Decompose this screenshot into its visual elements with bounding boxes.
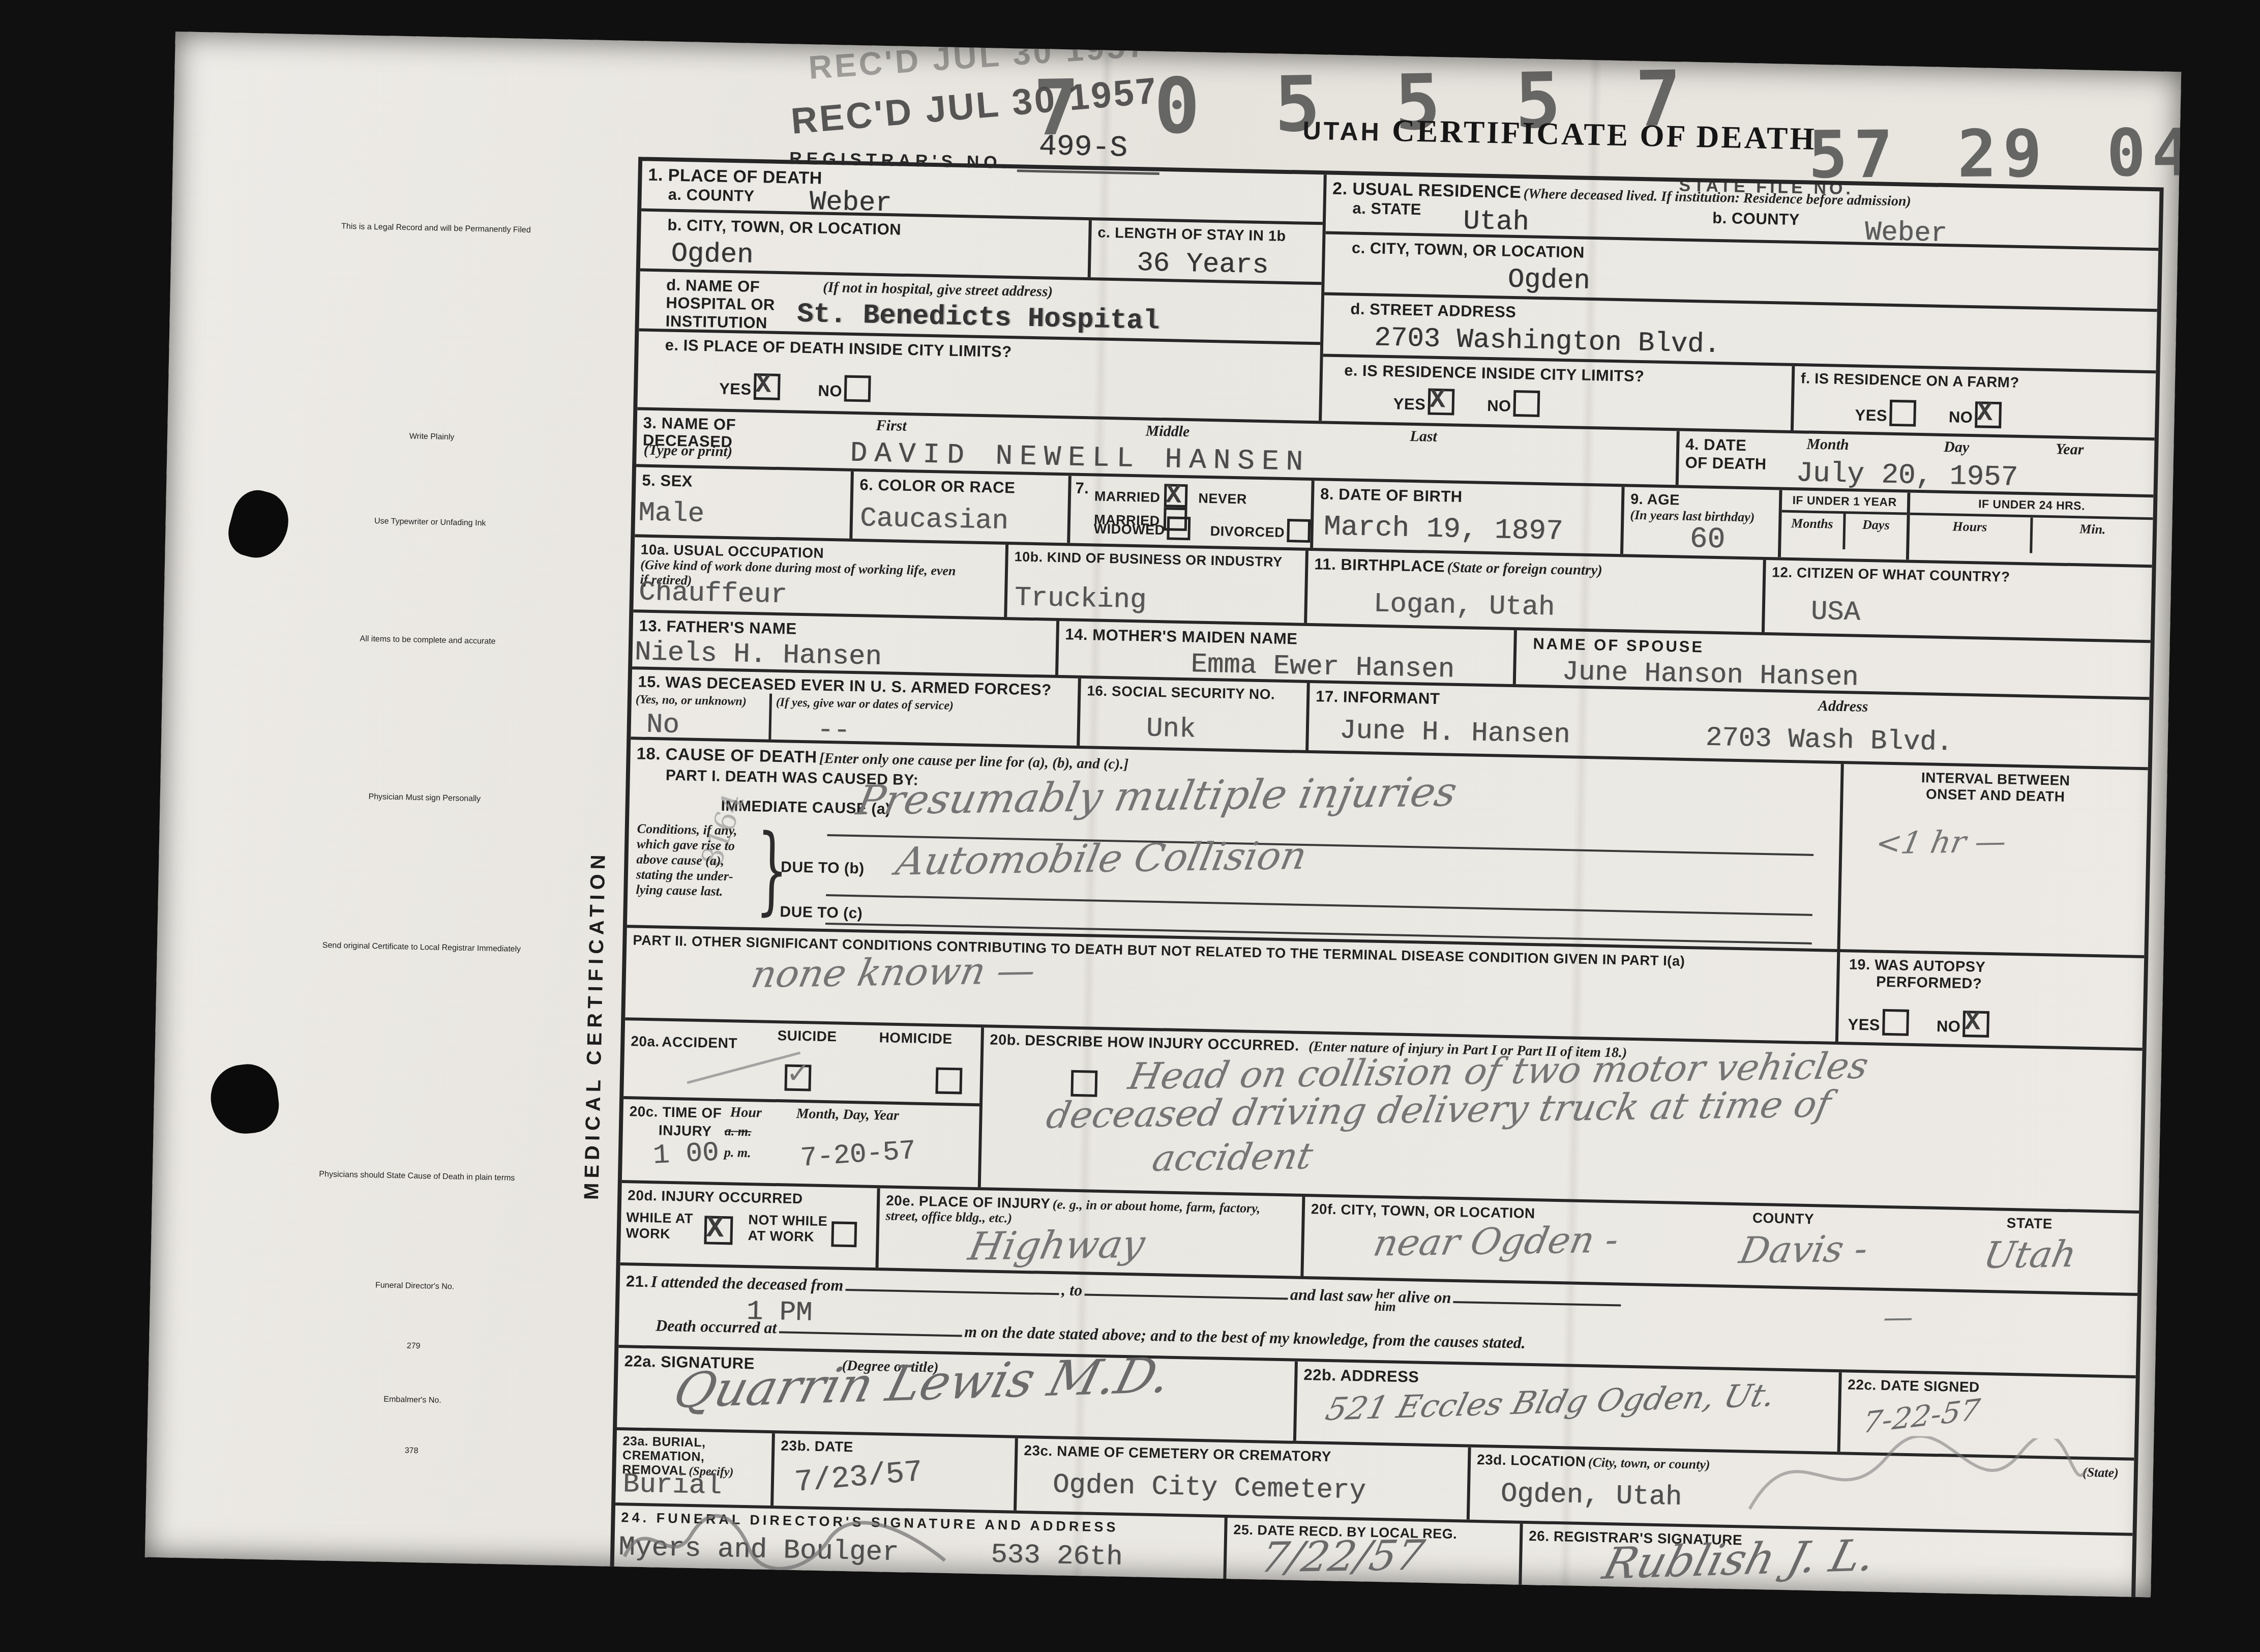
- hour-value: 1 00: [652, 1138, 719, 1172]
- place-city-cell: b. CITY, TOWN, OR LOCATION Ogden: [640, 211, 1092, 277]
- address-label: 22b. ADDRESS: [1303, 1366, 1419, 1386]
- residence-city-value: Ogden: [1507, 264, 1590, 297]
- autopsy-cell: 19. WAS AUTOPSY PERFORMED? YES NO X: [1838, 952, 2144, 1048]
- place-limits-no-checkbox: [844, 375, 871, 402]
- dob-value: March 19, 1897: [1323, 511, 1563, 548]
- autopsy-answer: YES NO X: [1848, 1008, 1989, 1038]
- forces-answer: No: [646, 710, 679, 741]
- place-limits-cell: e. IS PLACE OF DEATH INSIDE CITY LIMITS?…: [637, 331, 1320, 421]
- day-label: Day: [1944, 438, 1970, 456]
- forces-answer-cell: (Yes, no, or unknown) No: [631, 691, 772, 741]
- birthplace-note: (State or foreign country): [1447, 559, 1602, 578]
- sex-label: 5. SEX: [642, 471, 693, 490]
- part2-handwriting: none known —: [748, 949, 1039, 996]
- under-24-hrs-cell: IF UNDER 24 HRS. Hours Min.: [1909, 493, 2154, 565]
- residence-title-note: (Where deceased lived. If institution: R…: [1523, 186, 1911, 209]
- race-value: Caucasian: [859, 503, 1008, 537]
- yes-label: YES: [1855, 406, 1887, 424]
- due-to-b-label: DUE TO (b): [781, 859, 865, 877]
- residence-state-value: Utah: [1463, 206, 1529, 239]
- describe-injury-label: 20b. DESCRIBE HOW INJURY OCCURRED.: [990, 1032, 1299, 1054]
- checkbox-x-mark: X: [1964, 1007, 1980, 1038]
- under-24-hrs-subcolumns: Hours Min.: [1909, 515, 2153, 556]
- interval-cell: INTERVAL BETWEEN ONSET AND DEATH <1 hr —: [1840, 764, 2148, 955]
- embalmers-no-value: 378: [218, 1442, 605, 1459]
- not-while-at-work-option: NOT WHILEAT WORK: [748, 1212, 857, 1247]
- usual-residence-section: 2. USUAL RESIDENCE (Where deceased lived…: [1322, 174, 2159, 437]
- marital-number: 7.: [1075, 479, 1089, 498]
- place-title: 1. PLACE OF DEATH: [648, 165, 822, 188]
- date-of-death-cell: 4. DATE OF DEATH Month Day Year July 20,…: [1679, 431, 2155, 495]
- forces-note1: (Yes, no, or unknown): [636, 693, 747, 708]
- cemetery-value: Ogden City Cemetery: [1052, 1469, 1366, 1507]
- hole-punch: [223, 485, 295, 565]
- injury-left-column: 20a. ACCIDENT SUICIDE HOMICIDE ✓ 20c. TI…: [622, 1020, 984, 1187]
- conditions-line: which gave rise to: [637, 837, 761, 854]
- father-cell: 13. FATHER'S NAME Niels H. Hansen: [632, 612, 1059, 675]
- due-to-c-label: DUE TO (c): [780, 903, 863, 922]
- him-label: him: [1375, 1301, 1396, 1314]
- citizen-label: 12. CITIZEN OF WHAT COUNTRY?: [1772, 564, 2010, 584]
- cause-title: 18. CAUSE OF DEATH: [636, 744, 817, 766]
- immediate-cause-handwriting: Presumably multiple injuries: [853, 768, 1461, 824]
- residence-state-label: a. STATE: [1352, 199, 1421, 219]
- burial-location-cell: 23d. LOCATION (City, town, or county) (S…: [1470, 1448, 2134, 1533]
- due-to-b-line: [826, 894, 1812, 916]
- informant-value: June H. Hansen: [1339, 715, 1570, 751]
- registrar-signature-flourish: [1734, 1432, 2092, 1531]
- first-label: First: [876, 417, 907, 435]
- place-city-value: Ogden: [671, 238, 754, 271]
- time-of-injury-label: 20c. TIME OF: [629, 1103, 722, 1121]
- autopsy-yes-checkbox: [1882, 1009, 1909, 1036]
- place-stay-label: c. LENGTH OF STAY IN 1b: [1097, 224, 1286, 244]
- am-label-struck: a. m.: [725, 1124, 752, 1139]
- married-label: MARRIED: [1094, 488, 1161, 505]
- injury-city-handwriting: near Ogden -: [1370, 1218, 1623, 1264]
- date-received-handwriting: 7/22/57: [1257, 1531, 1428, 1582]
- hours-label: Hours: [1909, 515, 2033, 553]
- attended-text2: , to: [1061, 1280, 1083, 1299]
- place-of-death-section: 1. PLACE OF DEATH a. COUNTY Weber b. CIT…: [637, 161, 1326, 421]
- embalmers-no-label: Embalmer's No.: [219, 1392, 606, 1408]
- registrar-signature-cell: 26. REGISTRAR'S SIGNATURE Rublish J. L.: [1522, 1524, 2132, 1598]
- ssn-value: Unk: [1146, 714, 1196, 746]
- dod-value: July 20, 1957: [1796, 457, 2018, 494]
- place-city-label: b. CITY, TOWN, OR LOCATION: [667, 216, 901, 238]
- widowed-checkbox: [1167, 516, 1191, 540]
- yes-label: YES: [1393, 395, 1425, 413]
- injury-location-cell: 20f. CITY, TOWN, OR LOCATION COUNTY STAT…: [1303, 1197, 2139, 1293]
- medical-certification-vertical-label: MEDICAL CERTIFICATION: [580, 773, 612, 1200]
- date-signed-label: 22c. DATE SIGNED: [1848, 1377, 1980, 1395]
- conditions-line: Conditions, if any,: [637, 821, 761, 839]
- pm-label: p. m.: [724, 1145, 751, 1161]
- physician-signature-cell: 22a. SIGNATURE (Degree or title) Quarrin…: [617, 1348, 1298, 1441]
- accident-suicide-homicide-cell: 20a. ACCIDENT SUICIDE HOMICIDE ✓: [623, 1020, 981, 1106]
- residence-title: 2. USUAL RESIDENCE: [1332, 179, 1522, 202]
- place-limits-label: e. IS PLACE OF DEATH INSIDE CITY LIMITS?: [665, 336, 1012, 361]
- race-label: 6. COLOR OR RACE: [859, 476, 1016, 496]
- row-injury-20abc: 20a. ACCIDENT SUICIDE HOMICIDE ✓ 20c. TI…: [622, 1020, 2143, 1214]
- title-main: CERTIFICATE OF DEATH: [1391, 113, 1817, 157]
- injury-state-handwriting: Utah: [1980, 1232, 2080, 1276]
- suicide-checkbox: [935, 1067, 962, 1094]
- no-label: NO: [1949, 408, 1973, 426]
- place-limits-answer: YES X NO: [719, 372, 871, 402]
- forces-war-answer: --: [817, 715, 850, 747]
- burial-location-note: (City, town, or county): [1588, 1455, 1710, 1472]
- attended-blank2: [1084, 1288, 1288, 1300]
- while-at-work-option: WHILE ATWORK X: [626, 1209, 733, 1245]
- her-him-stack: her him: [1375, 1288, 1396, 1313]
- attended-blank3: [1453, 1296, 1621, 1307]
- time-of-injury-cell: 20c. TIME OF Hour Month, Day, Year INJUR…: [622, 1099, 979, 1187]
- funeral-director-address: 533 26th: [991, 1540, 1123, 1573]
- place-stay-cell: c. LENGTH OF STAY IN 1b 36 Years: [1091, 220, 1323, 282]
- while-at-work-line2: WORK: [626, 1225, 670, 1242]
- injury-occurred-label: 20d. INJURY OCCURRED: [628, 1187, 803, 1206]
- attended-number: 21.: [626, 1272, 649, 1290]
- race-cell: 6. COLOR OR RACE Caucasian: [852, 471, 1072, 543]
- age-label: 9. AGE: [1630, 491, 1680, 509]
- margin-physician-sign: Physician Must sign Personally: [231, 790, 618, 807]
- attended-text1: I attended the deceased from: [651, 1272, 844, 1294]
- place-of-injury-cell: 20e. PLACE OF INJURY (e. g., in or about…: [879, 1188, 1305, 1276]
- sex-cell: 5. SEX Male: [635, 467, 854, 539]
- injury-county-handwriting: Davis -: [1736, 1227, 1872, 1272]
- birthplace-cell: 11. BIRTHPLACE (State or foreign country…: [1307, 551, 1766, 632]
- not-while-at-work-label: NOT WHILEAT WORK: [748, 1212, 829, 1245]
- checkbox-x-mark: X: [755, 370, 771, 400]
- yes-label: YES: [719, 379, 752, 398]
- residence-limits-answer: YES X NO: [1393, 388, 1540, 417]
- residence-farm-label: f. IS RESIDENCE ON A FARM?: [1801, 370, 2019, 391]
- no-label: NO: [1937, 1017, 1961, 1036]
- pencil-stroke: [687, 1051, 801, 1084]
- residence-city-label: c. CITY, TOWN, OR LOCATION: [1352, 239, 1585, 261]
- conditions-line: lying cause last.: [636, 882, 760, 900]
- industry-value: Trucking: [1014, 582, 1146, 616]
- not-while-line2: AT WORK: [748, 1228, 814, 1245]
- while-at-work-line1: WHILE AT: [626, 1209, 693, 1226]
- residence-street-label: d. STREET ADDRESS: [1350, 300, 1516, 321]
- under-1-year-subcolumns: Months Days: [1781, 513, 1907, 551]
- months-label: Months: [1781, 513, 1846, 550]
- armed-forces-cell: 15. WAS DECEASED EVER IN U. S. ARMED FOR…: [631, 669, 1081, 746]
- informant-label: 17. INFORMANT: [1316, 687, 1440, 707]
- place-limits-yes-checkbox: X: [754, 373, 781, 400]
- funeral-director-cell: 24. FUNERAL DIRECTOR'S SIGNATURE AND ADD…: [614, 1506, 1227, 1583]
- min-label: Min.: [2032, 517, 2153, 555]
- cemetery-label: 23c. NAME OF CEMETERY OR CREMATORY: [1024, 1442, 1331, 1464]
- informant-address-value: 2703 Wash Blvd.: [1705, 723, 1953, 759]
- injury-city-label: 20f. CITY, TOWN, OR LOCATION: [1311, 1201, 1535, 1221]
- checkbox-x-mark: X: [706, 1212, 724, 1246]
- burial-location-value: Ogden, Utah: [1500, 1479, 1682, 1513]
- place-hospital-label: d. NAME OF HOSPITAL OR INSTITUTION: [665, 276, 798, 333]
- under-1-year-label: IF UNDER 1 YEAR: [1782, 490, 1908, 515]
- last-label: Last: [1410, 428, 1437, 446]
- date-received-cell: 25. DATE RECD. BY LOCAL REG. 7/22/57: [1226, 1518, 1523, 1589]
- month-label: Month: [1806, 436, 1849, 454]
- mdy-value: 7-20-57: [799, 1136, 916, 1174]
- father-label: 13. FATHER'S NAME: [639, 617, 796, 638]
- not-while-at-work-checkbox: [831, 1221, 857, 1247]
- funeral-directors-no-value: 279: [220, 1338, 607, 1354]
- mother-label: 14. MOTHER'S MAIDEN NAME: [1065, 625, 1297, 647]
- industry-label: 10b. KIND OF BUSINESS OR INDUSTRY: [1014, 549, 1283, 570]
- checkbox-x-mark: X: [1976, 398, 1993, 428]
- margin-write-plainly: Write Plainly: [239, 429, 625, 446]
- residence-farm-no-checkbox: X: [1975, 401, 2002, 428]
- conditions-line: stating the under-: [636, 867, 761, 885]
- injury-occurred-cell: 20d. INJURY OCCURRED WHILE ATWORK X NOT …: [620, 1183, 880, 1267]
- margin-send-original: Send original Certificate to Local Regis…: [228, 939, 615, 956]
- industry-cell: 10b. KIND OF BUSINESS OR INDUSTRY Trucki…: [1007, 545, 1309, 623]
- death-time-typed: 1 PM: [746, 1296, 813, 1329]
- under-1-year-cell: IF UNDER 1 YEAR Months Days: [1781, 490, 1911, 560]
- title-state: UTAH: [1302, 116, 1382, 146]
- not-while-line1: NOT WHILE: [748, 1212, 828, 1229]
- occupation-cell: 10a. USUAL OCCUPATION (Give kind of work…: [633, 537, 1008, 617]
- burial-label: 23a. BURIAL, CREMATION,: [622, 1434, 766, 1465]
- no-label: NO: [818, 381, 842, 400]
- forces-war-cell: (If yes, give war or dates of service) -…: [771, 694, 1078, 747]
- residence-limits-cell: e. IS RESIDENCE INSIDE CITY LIMITS? YES …: [1322, 357, 1795, 430]
- registrar-signature-handwriting: Rublish J. L.: [1598, 1530, 1881, 1589]
- burial-date-value: 7/23/57: [793, 1455, 924, 1500]
- attended-text4: alive on: [1398, 1287, 1451, 1307]
- middle-label: Middle: [1145, 422, 1190, 440]
- attended-blank1: [846, 1284, 1059, 1295]
- funeral-director-signature-scribble: [614, 1511, 981, 1579]
- accident-label: ACCIDENT: [662, 1034, 737, 1051]
- citizen-cell: 12. CITIZEN OF WHAT COUNTRY? USA: [1765, 560, 2152, 640]
- dob-label: 8. DATE OF BIRTH: [1320, 485, 1463, 506]
- spouse-label: NAME OF SPOUSE: [1533, 635, 1704, 656]
- suicide-label: SUICIDE: [777, 1027, 837, 1045]
- place-stay-value: 36 Years: [1137, 248, 1269, 281]
- homicide-label: HOMICIDE: [879, 1029, 953, 1047]
- checkbox-x-mark: X: [1166, 480, 1182, 511]
- ssn-label: 16. SOCIAL SECURITY NO.: [1087, 683, 1275, 702]
- residence-limits-yes-checkbox: X: [1428, 388, 1454, 415]
- birthplace-label: 11. BIRTHPLACE: [1314, 555, 1445, 575]
- funeral-directors-no-label: Funeral Director's No.: [221, 1278, 608, 1294]
- hole-punch: [207, 1061, 282, 1138]
- days-label: Days: [1845, 514, 1907, 550]
- hour-label: Hour: [730, 1104, 762, 1121]
- margin-use-typewriter: Use Typewriter or Unfading Ink: [237, 514, 623, 531]
- divorced-label: DIVORCED: [1210, 523, 1285, 540]
- residence-farm-yes-checkbox: [1889, 400, 1916, 427]
- father-value: Niels H. Hansen: [634, 637, 882, 673]
- margin-legal-record: This is a Legal Record and will be Perma…: [243, 220, 629, 237]
- cause-title-note: [Enter only one cause per line for (a), …: [819, 750, 1129, 773]
- marital-cell: 7. MARRIED X NEVER MARRIED WIDOWED DIVOR…: [1070, 476, 1315, 548]
- alive-on-dash: —: [1880, 1300, 1917, 1335]
- place-of-injury-handwriting: Highway: [965, 1221, 1149, 1269]
- death-certificate-scan: REC'D JUL 30 1957 REC'D JUL 30 1957 7 0 …: [145, 32, 2181, 1598]
- age-value: 60: [1689, 523, 1726, 556]
- married-checkbox: X: [1164, 484, 1188, 508]
- mother-value: Emma Ewer Hansen: [1191, 649, 1455, 685]
- mother-cell: 14. MOTHER'S MAIDEN NAME Emma Ewer Hanse…: [1058, 621, 1517, 684]
- occupation-value: Chauffeur: [638, 577, 787, 611]
- ssn-cell: 16. SOCIAL SECURITY NO. Unk: [1080, 678, 1310, 750]
- residence-street-value: 2703 Washington Blvd.: [1374, 323, 1721, 361]
- registrar-no-value: 499-S: [1038, 130, 1127, 165]
- place-county-label: a. COUNTY: [668, 186, 755, 205]
- accident-checkbox: ✓: [785, 1064, 812, 1091]
- due-to-b-handwriting: Automobile Collision: [893, 833, 1311, 883]
- birthplace-value: Logan, Utah: [1373, 589, 1555, 624]
- dob-cell: 8. DATE OF BIRTH March 19, 1897: [1313, 481, 1625, 554]
- citizen-value: USA: [1810, 597, 1860, 629]
- cemetery-cell: 23c. NAME OF CEMETERY OR CREMATORY Ogden…: [1017, 1438, 1471, 1520]
- widowed-label: WIDOWED: [1093, 521, 1165, 538]
- injury-county-label: COUNTY: [1752, 1210, 1814, 1227]
- burial-date-cell: 23b. DATE 7/23/57: [774, 1433, 1018, 1511]
- cause-of-death-cell: 18. CAUSE OF DEATH [Enter only one cause…: [627, 740, 1844, 949]
- attended-text3: and last saw: [1290, 1285, 1373, 1305]
- age-cell: 9. AGE (In years last birthday) 60: [1623, 487, 1782, 557]
- margin-plain-terms: Physicians should State Cause of Death i…: [224, 1168, 610, 1185]
- month-day-year-label: Month, Day, Year: [796, 1106, 899, 1124]
- time-of-injury-label2: INJURY: [659, 1123, 712, 1140]
- place-hospital-note: (If not in hospital, give street address…: [823, 279, 1053, 300]
- residence-limits-no-checkbox: [1513, 390, 1540, 417]
- deceased-title-note: (Type or print): [643, 442, 732, 460]
- describe-injury-cell: 20b. DESCRIBE HOW INJURY OCCURRED. (Ente…: [981, 1027, 2143, 1211]
- yes-label: YES: [1848, 1015, 1880, 1034]
- row-cause-of-death: 18. CAUSE OF DEATH [Enter only one cause…: [627, 740, 2148, 958]
- checkbox-check-mark: ✓: [786, 1057, 811, 1090]
- interval-handwriting: <1 hr —: [1872, 824, 2010, 861]
- year-label: Year: [2056, 440, 2084, 458]
- conditions-note: Conditions, if any, which gave rise to a…: [636, 821, 761, 900]
- form-title: UTAH CERTIFICATE OF DEATH: [1302, 111, 1817, 158]
- residence-county-label: b. COUNTY: [1712, 209, 1800, 229]
- while-at-work-checkbox: X: [704, 1216, 733, 1245]
- checkbox-x-mark: X: [1429, 385, 1445, 415]
- burial-location-label: 23d. LOCATION: [1477, 1452, 1586, 1469]
- widowed-row: WIDOWED DIVORCED: [1093, 515, 1311, 543]
- injury-state-label: STATE: [2006, 1215, 2053, 1232]
- informant-address-label: Address: [1818, 697, 1868, 716]
- injury-description-line3: accident: [1149, 1135, 1316, 1179]
- burial-value: Burial: [622, 1469, 722, 1502]
- residence-farm-cell: f. IS RESIDENCE ON A FARM? YES NO X: [1794, 366, 2156, 437]
- death-occurred-text2: m on the date stated above; and to the b…: [964, 1322, 1526, 1351]
- burial-date-label: 23b. DATE: [781, 1437, 853, 1455]
- while-at-work-label: WHILE ATWORK: [626, 1209, 702, 1243]
- conditions-line: above cause (a),: [636, 852, 761, 870]
- burial-type-cell: 23a. BURIAL, CREMATION, REMOVAL (Specify…: [615, 1430, 775, 1506]
- residence-limits-label: e. IS RESIDENCE INSIDE CITY LIMITS?: [1344, 361, 1645, 385]
- residence-farm-answer: YES NO X: [1855, 399, 2002, 428]
- forces-note2: (If yes, give war or dates of service): [776, 696, 954, 713]
- dod-label: 4. DATE OF DEATH: [1685, 435, 1772, 474]
- divorced-checkbox: [1287, 519, 1311, 543]
- autopsy-no-checkbox: X: [1962, 1011, 1989, 1038]
- date-signed-handwriting: 7-22-57: [1861, 1392, 1982, 1440]
- sex-value: Male: [638, 497, 705, 530]
- no-label: NO: [1487, 397, 1511, 415]
- row-place-residence: 1. PLACE OF DEATH a. COUNTY Weber b. CIT…: [637, 161, 2159, 440]
- injury-20a-number: 20a.: [631, 1033, 660, 1049]
- margin-all-items: All items to be complete and accurate: [234, 632, 621, 649]
- spouse-value: June Hanson Hansen: [1562, 657, 1859, 694]
- armed-forces-subrow: (Yes, no, or unknown) No (If yes, give w…: [631, 691, 1078, 747]
- place-hospital-value: St. Benedicts Hospital: [796, 299, 1159, 337]
- certificate-form: 1. PLACE OF DEATH a. COUNTY Weber b. CIT…: [610, 157, 2163, 1597]
